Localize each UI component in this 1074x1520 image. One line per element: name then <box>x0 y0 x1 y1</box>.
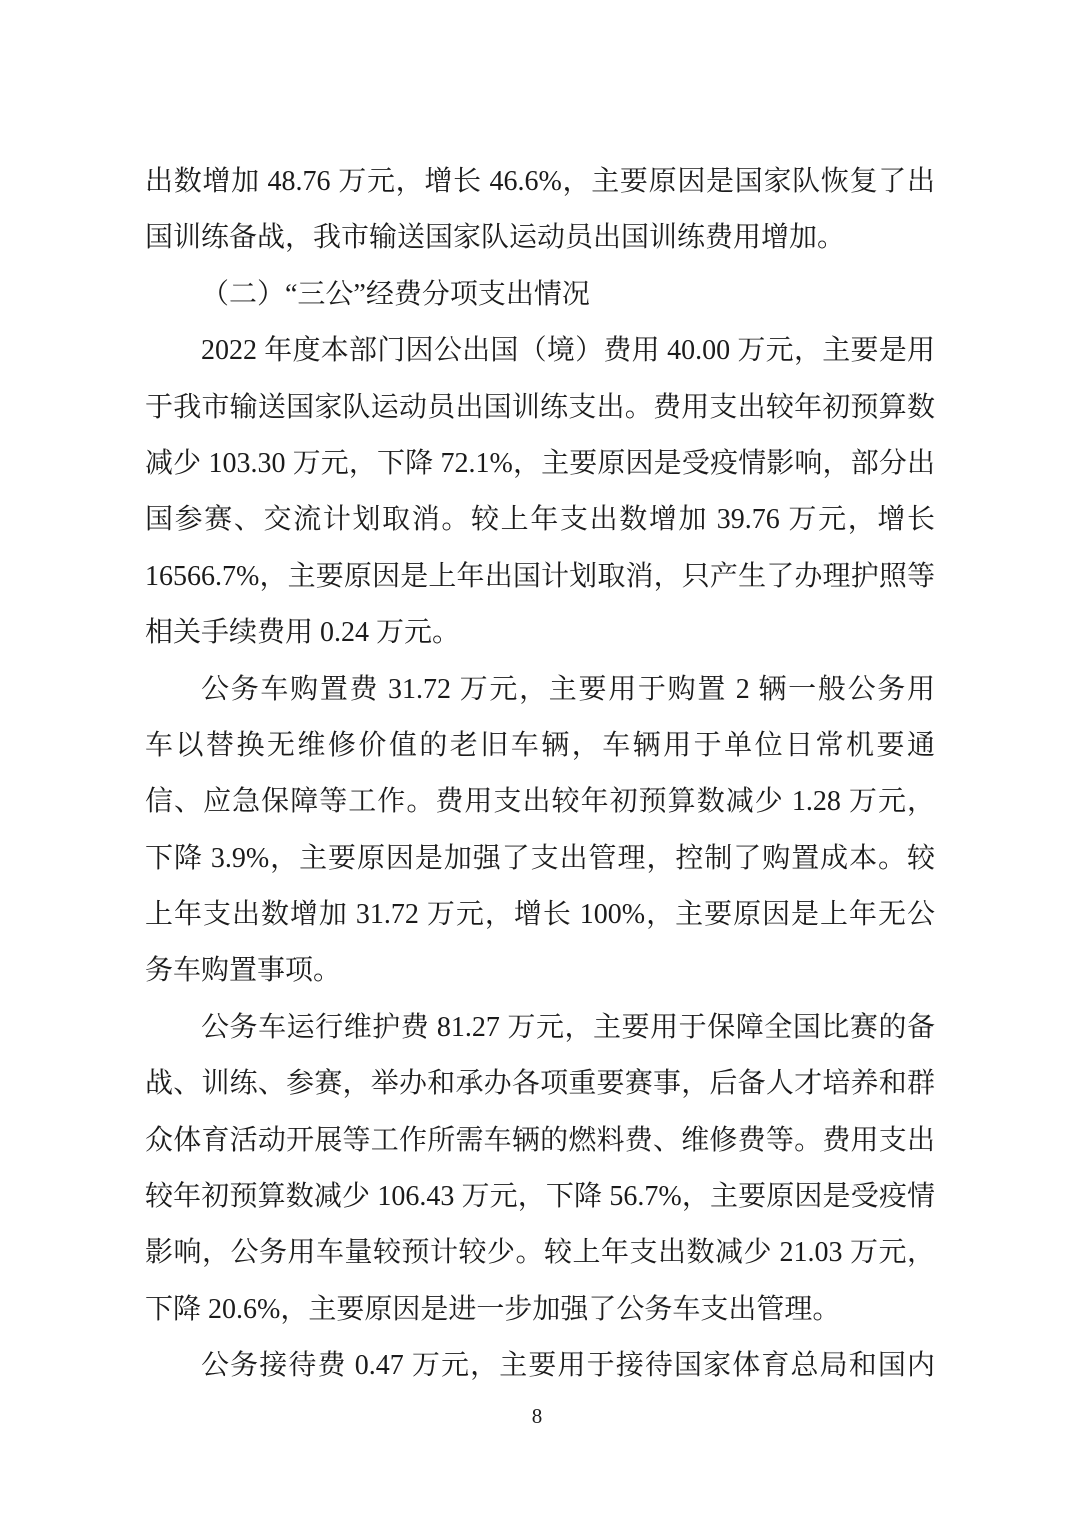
body-line: 国训练备战，我市输送国家队运动员出国训练费用增加。 <box>145 210 935 266</box>
document-page: 出数增加 48.76 万元，增长 46.6%，主要原因是国家队恢复了出 国训练备… <box>0 0 1074 1520</box>
page-number: 8 <box>532 1404 543 1428</box>
body-line: 车以替换无维修价值的老旧车辆，车辆用于单位日常机要通 <box>145 718 935 774</box>
body-line: 下降 20.6%，主要原因是进一步加强了公务车支出管理。 <box>145 1282 935 1338</box>
body-line: 相关手续费用 0.24 万元。 <box>145 605 935 661</box>
body-line: 上年支出数增加 31.72 万元，增长 100%，主要原因是上年无公 <box>145 887 935 943</box>
body-line: 16566.7%，主要原因是上年出国计划取消，只产生了办理护照等 <box>145 549 935 605</box>
body-line: 公务接待费 0.47 万元，主要用于接待国家体育总局和国内 <box>145 1338 935 1394</box>
body-line: 下降 3.9%，主要原因是加强了支出管理，控制了购置成本。较 <box>145 831 935 887</box>
body-line: 公务车购置费 31.72 万元，主要用于购置 2 辆一般公务用 <box>145 662 935 718</box>
body-line: 公务车运行维护费 81.27 万元，主要用于保障全国比赛的备 <box>145 1000 935 1056</box>
body-line: 务车购置事项。 <box>145 943 935 999</box>
body-line: 战、训练、参赛，举办和承办各项重要赛事，后备人才培养和群 <box>145 1056 935 1112</box>
section-heading: （二）“三公”经费分项支出情况 <box>145 267 935 323</box>
body-line: 国参赛、交流计划取消。较上年支出数增加 39.76 万元，增长 <box>145 492 935 548</box>
page-footer: 8 <box>0 1406 1074 1428</box>
body-line: 信、应急保障等工作。费用支出较年初预算数减少 1.28 万元， <box>145 774 935 830</box>
body-line: 于我市输送国家队运动员出国训练支出。费用支出较年初预算数 <box>145 380 935 436</box>
body-line: 2022 年度本部门因公出国（境）费用 40.00 万元，主要是用 <box>145 323 935 379</box>
body-line: 较年初预算数减少 106.43 万元，下降 56.7%，主要原因是受疫情 <box>145 1169 935 1225</box>
body-line: 减少 103.30 万元，下降 72.1%，主要原因是受疫情影响，部分出 <box>145 436 935 492</box>
body-line: 众体育活动开展等工作所需车辆的燃料费、维修费等。费用支出 <box>145 1113 935 1169</box>
body-line: 影响，公务用车量较预计较少。较上年支出数减少 21.03 万元， <box>145 1225 935 1281</box>
body-line: 出数增加 48.76 万元，增长 46.6%，主要原因是国家队恢复了出 <box>145 154 935 210</box>
document-body: 出数增加 48.76 万元，增长 46.6%，主要原因是国家队恢复了出 国训练备… <box>145 154 935 1395</box>
